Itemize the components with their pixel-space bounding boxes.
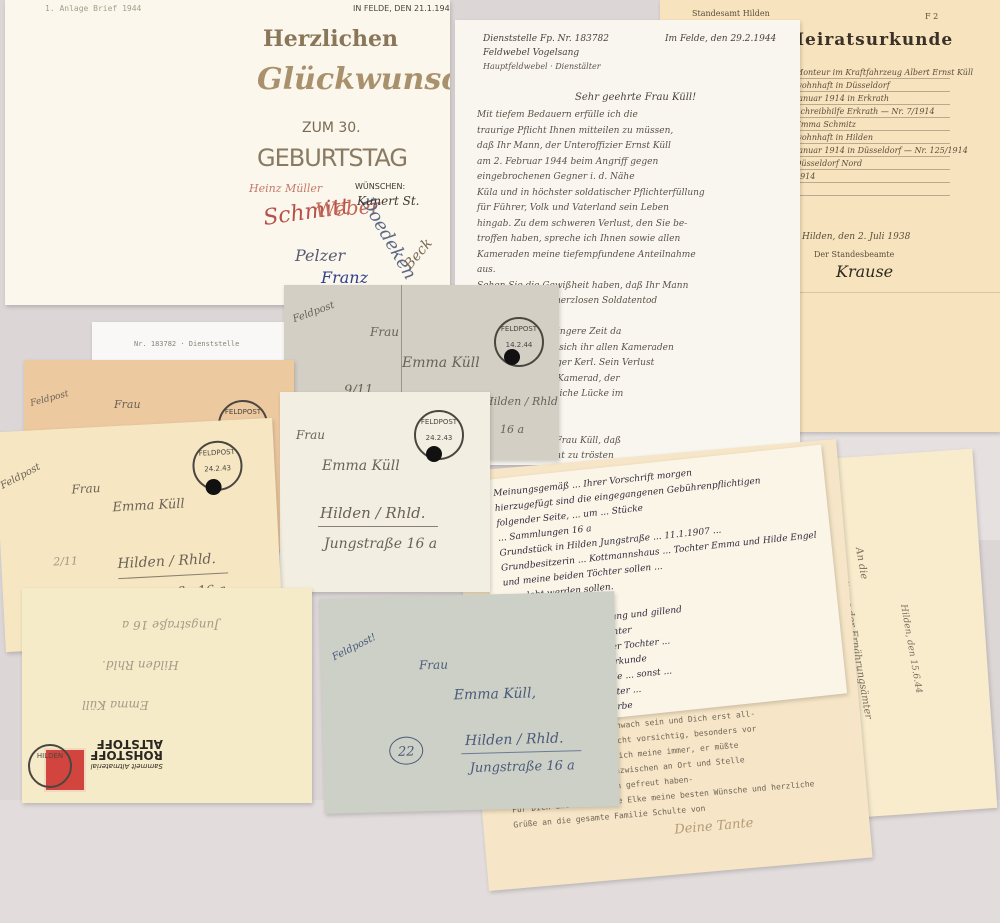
certificate-rule bbox=[790, 78, 950, 79]
certificate-form-code: F 2 bbox=[925, 12, 938, 21]
postmark-date: 24.2.43 bbox=[416, 434, 462, 442]
card-signature-kunert: Kunert St. bbox=[357, 194, 420, 208]
slogan-block: Sammelt Altmaterial ROHSTOFF ALTSTOFF bbox=[90, 738, 163, 771]
certificate-rule bbox=[790, 182, 950, 183]
envelope-white-street: Jungstraße 16 a bbox=[324, 536, 437, 552]
underline bbox=[461, 750, 581, 754]
circled-number: 22 bbox=[389, 736, 424, 765]
envelope-white-name: Emma Küll bbox=[322, 458, 400, 474]
envelope-cream-city: Hilden / Rhld. bbox=[117, 551, 216, 572]
certificate-bottom-rule bbox=[800, 292, 1000, 293]
envelope-orange-salutation: Frau bbox=[114, 398, 141, 411]
envelope-white-middle: Frau Emma Küll Hilden / Rhld. Jungstraße… bbox=[280, 392, 490, 592]
card-line-glueckwunsch: Glückwunsch bbox=[257, 62, 450, 97]
letter-line: für Führer, Volk und Vaterland sein Lebe… bbox=[477, 203, 669, 213]
certificate-row: Monteur im Kraftfahrzeug Albert Ernst Kü… bbox=[795, 68, 973, 77]
envelope-grey-salutation: Frau bbox=[370, 325, 399, 339]
certificate-rule bbox=[790, 104, 950, 105]
letter-line: traurige Pflicht Ihnen mitteilen zu müss… bbox=[477, 126, 673, 136]
envelope-blue-name: Emma Küll, bbox=[454, 685, 537, 703]
certificate-row: wohnhaft in Hilden bbox=[795, 133, 873, 142]
letter-line: aus. bbox=[477, 265, 496, 275]
envelope-blue-city: Hilden / Rhld. bbox=[465, 731, 564, 750]
envelope-cream-mark: Feldpost bbox=[0, 462, 42, 492]
letter-line: Mit tiefem Bedauern erfülle ich die bbox=[477, 110, 638, 120]
certificate-signature: Krause bbox=[836, 262, 893, 281]
certificate-title: Heiratsurkunde bbox=[788, 30, 953, 50]
card-place-date: IN FELDE, DEN 21.1.1944 bbox=[353, 4, 450, 13]
postmark-top: FELDPOST bbox=[416, 418, 462, 426]
letter-salutation: Sehr geehrte Frau Küll! bbox=[575, 92, 696, 103]
upside-down-line: Hilden Rhld. bbox=[102, 658, 179, 672]
letter-header-left-1: Dienststelle Fp. Nr. 183782 bbox=[483, 34, 609, 44]
postmark-top: FELDPOST bbox=[220, 408, 266, 416]
certificate-rule bbox=[790, 117, 950, 118]
envelope-white-salutation: Frau bbox=[296, 428, 325, 442]
letter-line: Kameraden meine tiefempfundene Anteilnah… bbox=[477, 250, 696, 260]
cancel-text: HILDEN bbox=[30, 752, 70, 760]
certificate-row: Düsseldorf Nord bbox=[795, 159, 862, 168]
card-wishers-label: WÜNSCHEN: bbox=[355, 182, 405, 191]
certificate-row: Januar 1914 in Düsseldorf — Nr. 125/1914 bbox=[795, 146, 968, 155]
envelope-orange-mark: Feldpost bbox=[29, 389, 69, 409]
postmark-top: FELDPOST bbox=[496, 325, 542, 333]
letter-line: troffen haben, spreche ich Ihnen sowie a… bbox=[477, 234, 680, 244]
letter-line: daß Ihr Mann, der Unteroffizier Ernst Kü… bbox=[477, 141, 671, 151]
envelope-grey-mark: Feldpost bbox=[291, 300, 336, 325]
card-line-geburtstag: GEBURTSTAG bbox=[257, 144, 407, 172]
punch-hole bbox=[504, 349, 520, 365]
card-signature-beck: Beck bbox=[401, 235, 436, 272]
punch-hole bbox=[426, 446, 442, 462]
white-slip-text: Nr. 183782 · Dienststelle bbox=[134, 340, 239, 348]
postmark-top: FELDPOST bbox=[194, 448, 240, 458]
underline bbox=[318, 526, 438, 527]
certificate-rule bbox=[790, 130, 950, 131]
envelope-cream-note: 2/11 bbox=[53, 554, 78, 568]
card-top-note: 1. Anlage Brief 1944 bbox=[45, 4, 141, 13]
card-signature-pelzer: Pelzer bbox=[295, 246, 345, 265]
upside-down-line: Emma Küll bbox=[82, 698, 149, 712]
authority-line-3: Hilden, den 15.6.44 bbox=[898, 604, 924, 695]
envelope-white-city: Hilden / Rhld. bbox=[320, 504, 426, 522]
upside-down-line: Jungstraße 16 a bbox=[122, 618, 219, 632]
birthday-greeting-card: 1. Anlage Brief 1944 IN FELDE, DEN 21.1.… bbox=[5, 0, 450, 305]
circled-number-text: 22 bbox=[398, 744, 415, 759]
card-line-zum30: ZUM 30. bbox=[302, 120, 361, 136]
envelope-grey-city: Hilden / Rhld. bbox=[484, 395, 559, 408]
envelope-blue-mark: Feldpost! bbox=[331, 632, 378, 663]
certificate-office: Standesamt Hilden bbox=[692, 9, 770, 18]
envelope-grey-street: 16 a bbox=[500, 423, 524, 436]
postmark-date: 14.2.44 bbox=[496, 341, 542, 349]
certificate-place-date: Hilden, den 2. Juli 1938 bbox=[802, 232, 910, 242]
certificate-row: Januar 1914 in Erkrath bbox=[795, 94, 889, 103]
certificate-row: Schreibhilfe Erkrath — Nr. 7/1914 bbox=[795, 107, 935, 116]
envelope-grey-name: Emma Küll bbox=[402, 355, 480, 371]
envelope-cream-name: Emma Küll bbox=[112, 497, 185, 516]
certificate-rule bbox=[790, 169, 950, 170]
punch-hole bbox=[205, 479, 222, 496]
certificate-row: Emma Schmitz bbox=[795, 120, 856, 129]
envelope-blue-salutation: Frau bbox=[419, 658, 448, 673]
certificate-rule bbox=[790, 91, 950, 92]
certificate-row: wohnhaft in Düsseldorf bbox=[795, 81, 890, 90]
envelope-back-upside-down: Emma KüllHilden Rhld.Jungstraße 16 a HIL… bbox=[22, 588, 312, 803]
card-line-herzlichen: Herzlichen bbox=[263, 26, 398, 52]
certificate-rule bbox=[790, 156, 950, 157]
certificate-rule bbox=[790, 195, 950, 196]
underline bbox=[118, 572, 228, 579]
card-signature-mueller: Heinz Müller bbox=[249, 182, 322, 195]
authority-line-0: An die bbox=[853, 546, 869, 580]
envelope-blue-bottom: Feldpost! Frau Emma Küll, 22 Hilden / Rh… bbox=[319, 591, 620, 814]
envelope-cream-salutation: Frau bbox=[71, 481, 101, 496]
letter-header-left-2: Feldwebel Vogelsang bbox=[483, 48, 579, 58]
stamp-cancel: HILDEN bbox=[28, 744, 72, 788]
certificate-official-label: Der Standesbeamte bbox=[814, 250, 894, 259]
letter-line: hingab. Zu dem schweren Verlust, den Sie… bbox=[477, 219, 687, 229]
letter-line: eingebrochenen Gegner i. d. Nähe bbox=[477, 172, 635, 182]
letter-line: Küla und in höchster soldatischer Pflich… bbox=[477, 188, 705, 198]
postmark-date: 24.2.43 bbox=[194, 464, 240, 474]
letter-line: am 2. Februar 1944 beim Angriff gegen bbox=[477, 157, 658, 167]
typed-signature: Deine Tante bbox=[674, 816, 754, 838]
letter-header-right: Im Felde, den 29.2.1944 bbox=[665, 34, 776, 44]
letter-header-left-3: Hauptfeldwebel · Dienstälter bbox=[483, 62, 601, 71]
slogan-line-1: ALTSTOFF bbox=[90, 738, 163, 749]
certificate-rule bbox=[790, 143, 950, 144]
envelope-blue-street: Jungstraße 16 a bbox=[470, 758, 575, 776]
